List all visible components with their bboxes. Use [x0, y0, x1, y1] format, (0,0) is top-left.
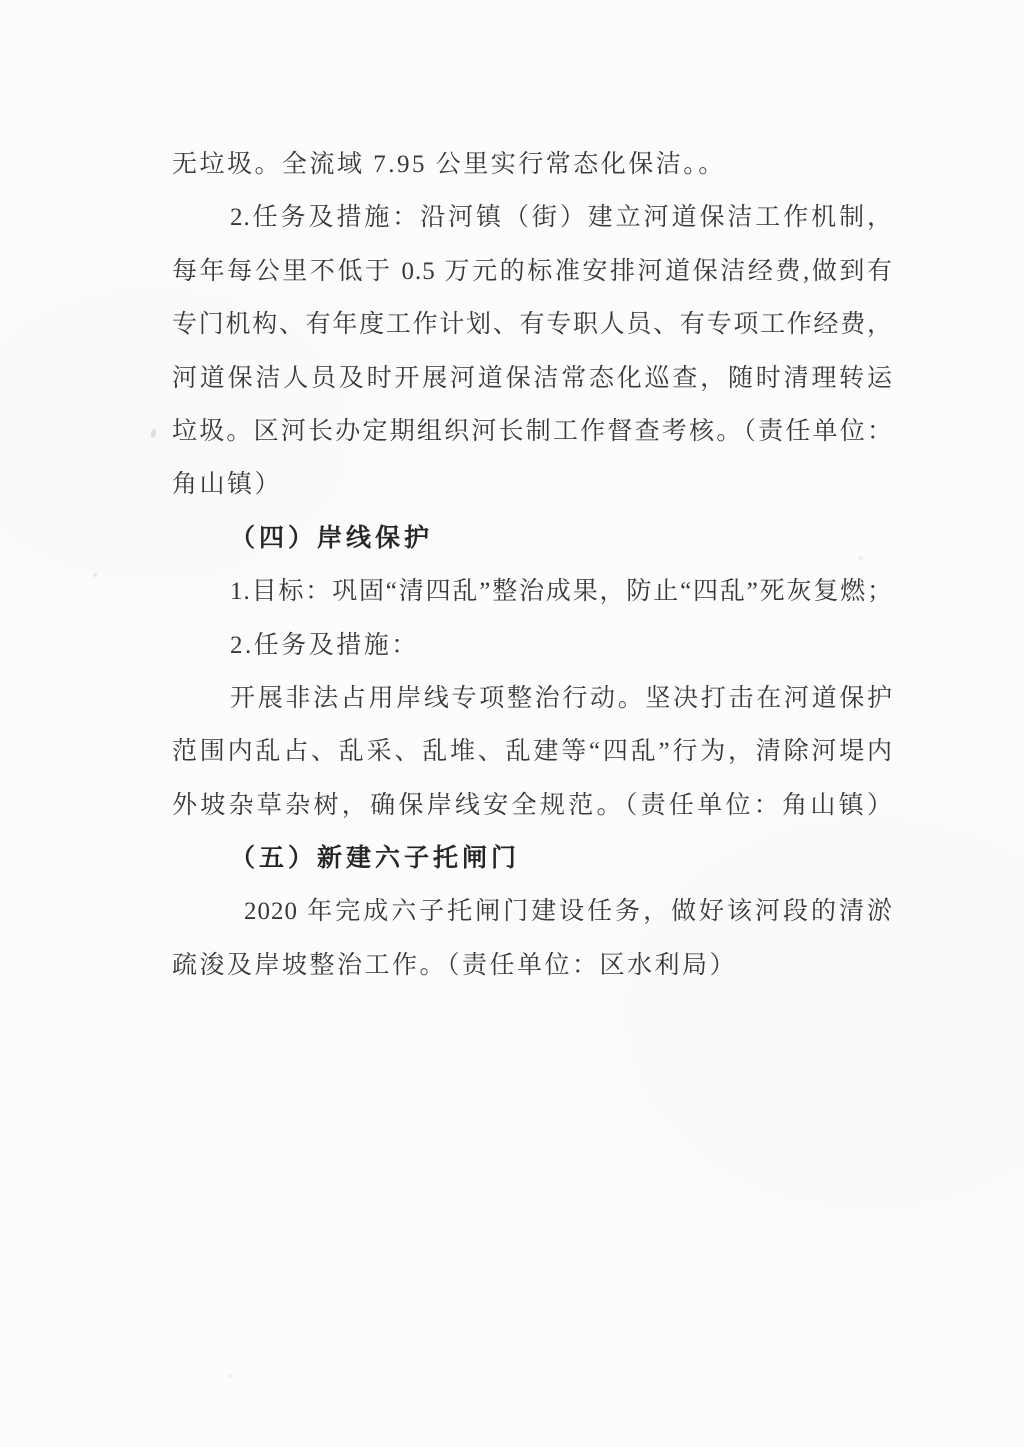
scan-speckle [150, 428, 158, 438]
scan-speckle [93, 573, 97, 577]
body-text-line: 外坡杂草杂树，确保岸线安全规范。（责任单位：角山镇） [172, 779, 893, 832]
body-text-line: 角山镇） [172, 458, 893, 511]
body-text-line: 河道保洁人员及时开展河道保洁常态化巡查，随时清理转运 [172, 352, 893, 405]
scanned-document-page: 无垃圾。全流域 7.95 公里实行常态化保洁。。 2.任务及措施：沿河镇（街）建… [0, 0, 1024, 1447]
scan-speckle [228, 1374, 232, 1378]
body-text-line: 2020 年完成六子托闸门建设任务，做好该河段的清淤 [172, 885, 893, 938]
body-text-line: 2.任务及措施：沿河镇（街）建立河道保洁工作机制， [172, 191, 893, 244]
body-text-line: 专门机构、有年度工作计划、有专职人员、有专项工作经费， [172, 298, 893, 351]
body-text-line: 每年每公里不低于 0.5 万元的标准安排河道保洁经费,做到有 [172, 245, 893, 298]
body-text-line: 垃圾。区河长办定期组织河长制工作督查考核。（责任单位： [172, 405, 893, 458]
body-text-line: 2.任务及措施： [172, 619, 893, 672]
body-text-line: 1.目标：巩固“清四乱”整治成果，防止“四乱”死灰复燃； [172, 565, 893, 618]
body-text-line: 开展非法占用岸线专项整治行动。坚决打击在河道保护 [172, 672, 893, 725]
body-text-line: 无垃圾。全流域 7.95 公里实行常态化保洁。。 [172, 138, 893, 191]
section-5-heading: （五）新建六子托闸门 [172, 832, 893, 885]
document-body: 无垃圾。全流域 7.95 公里实行常态化保洁。。 2.任务及措施：沿河镇（街）建… [172, 138, 893, 992]
body-text-line: 疏浚及岸坡整治工作。（责任单位：区水利局） [172, 939, 893, 992]
body-text-line: 范围内乱占、乱采、乱堆、乱建等“四乱”行为，清除河堤内 [172, 725, 893, 778]
section-4-heading: （四）岸线保护 [172, 512, 893, 565]
